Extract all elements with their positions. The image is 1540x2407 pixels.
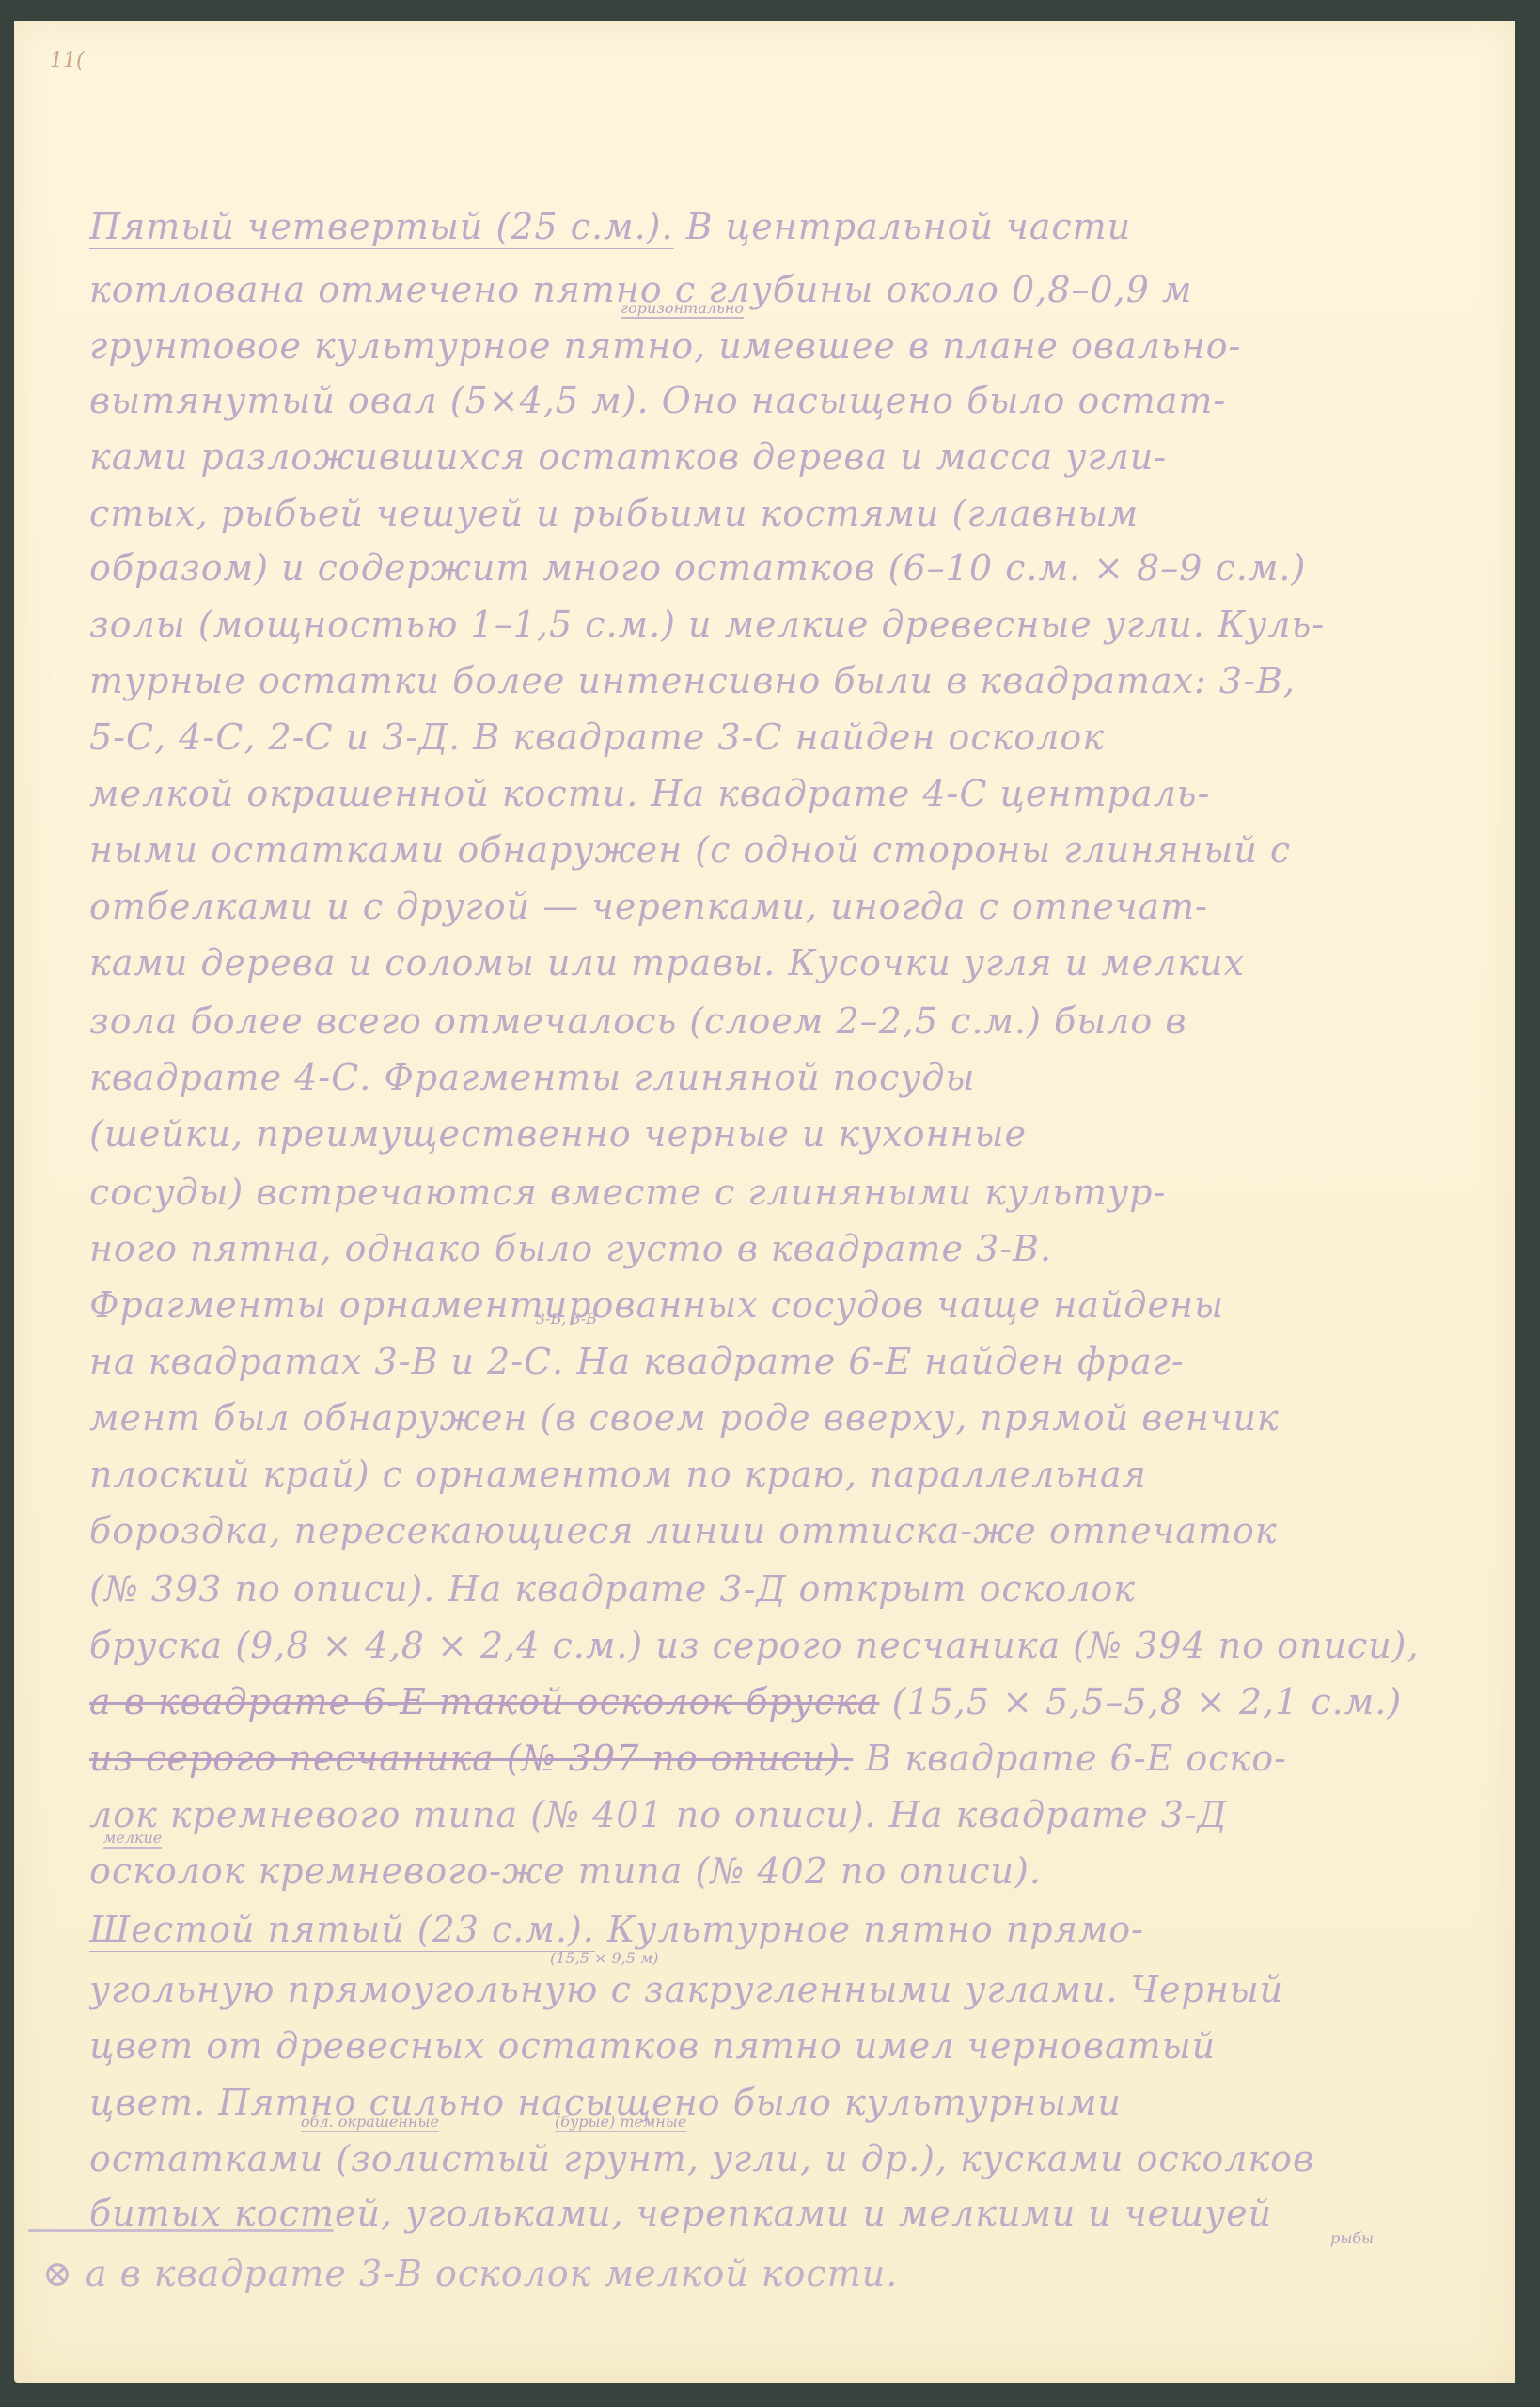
text-line: турные остатки более интенсивно были в к… (89, 658, 1500, 703)
text-line: образом) и содержит много остатков (6–10… (89, 545, 1500, 590)
text-line: ками дерева и соломы или травы. Кусочки … (89, 940, 1500, 985)
interlinear-note: (бурые) темные (555, 2114, 686, 2132)
interlinear-note: рыбы (1330, 2230, 1374, 2247)
footnote-separator (28, 2229, 334, 2232)
text-line: (шейки, преимущественно черные и кухонны… (89, 1111, 1500, 1156)
text-line: отбелками и с другой — черепками, иногда… (89, 884, 1500, 929)
line-text: Культурное пятно прямо- (607, 1909, 1144, 1950)
text-line: квадрате 4-С. Фрагменты глиняной посуды (89, 1055, 1500, 1100)
text-line: Шестой пятый (23 с.м.). Культурное пятно… (89, 1907, 1500, 1952)
text-line: плоский край) с орнаментом по краю, пара… (89, 1452, 1500, 1497)
text-line: ками разложившихся остатков дерева и мас… (89, 434, 1500, 480)
text-line: мент был обнаружен (в своем роде вверху,… (89, 1395, 1500, 1440)
line-text: В квадрате 6-Е оско- (865, 1738, 1287, 1779)
section-heading: Пятый четвертый (25 с.м.). (89, 206, 674, 247)
text-line: ного пятна, однако было густо в квадрате… (89, 1226, 1500, 1271)
text-line: ными остатками обнаружен (с одной сторон… (89, 827, 1500, 873)
text-line: грунтовое культурное пятно, имевшее в пл… (89, 323, 1500, 369)
line-text: (15,5 × 5,5–5,8 × 2,1 с.м.) (892, 1681, 1403, 1723)
text-line: Пятый четвертый (25 с.м.). В центральной… (89, 204, 1500, 249)
text-line: золы (мощностью 1–1,5 с.м.) и мелкие дре… (89, 602, 1500, 647)
text-line: осколок кремневого-же типа (№ 402 по опи… (89, 1849, 1500, 1894)
text-line-partially-struck: из серого песчаника (№ 397 по описи). В … (89, 1736, 1500, 1781)
text-line: мелкой окрашенной кости. На квадрате 4-С… (89, 771, 1500, 816)
footnote: ⊗ а в квадрате 3-В осколок мелкой кости. (42, 2251, 1453, 2296)
text-line: зола более всего отмечалось (слоем 2–2,5… (89, 999, 1500, 1044)
interlinear-note: мелкие (103, 1830, 162, 1849)
text-line: вытянутый овал (5×4,5 м). Оно насыщено б… (89, 378, 1500, 423)
text-line: стых, рыбьей чешуей и рыбьими костями (г… (89, 491, 1500, 536)
struck-text: а в квадрате 6-Е такой осколок бруска (89, 1681, 879, 1723)
text-line: сосуды) встречаются вместе с глиняными к… (89, 1170, 1500, 1215)
text-line: угольную прямоугольную с закругленными у… (89, 1967, 1500, 2012)
text-line-struck: а в квадрате 6-Е такой осколок бруска (1… (89, 1679, 1500, 1724)
text-line: лок кремневого типа (№ 401 по описи). На… (89, 1792, 1500, 1837)
text-line: 5-С, 4-С, 2-С и 3-Д. В квадрате 3-С найд… (89, 715, 1500, 760)
text-line: на квадратах 3-В и 2-С. На квадрате 6-Е … (89, 1339, 1500, 1384)
text-line: остатками (золистый грунт, угли, и др.),… (89, 2136, 1500, 2181)
interlinear-note: обл. окрашенные (301, 2114, 439, 2132)
text-line: цвет от древесных остатков пятно имел че… (89, 2023, 1500, 2069)
interlinear-note: 3-В, 3-В (536, 1311, 597, 1328)
interlinear-note: (15,5 × 9,5 м) (550, 1950, 658, 1967)
interlinear-note: горизонтально (621, 300, 744, 319)
section-heading: Шестой пятый (23 с.м.). (89, 1909, 595, 1950)
text-line: бороздка, пересекающиеся линии оттиска-ж… (89, 1508, 1500, 1553)
text-line: Фрагменты орнаментированных сосудов чаще… (89, 1282, 1500, 1328)
text-line: котлована отмечено пятно с глубины около… (89, 267, 1500, 312)
document-page: 11( Пятый четвертый (25 с.м.). В централ… (14, 21, 1515, 2383)
archive-page-mark: 11( (50, 49, 85, 72)
struck-text: из серого песчаника (№ 397 по описи). (89, 1738, 853, 1779)
line-text: В центральной части (686, 206, 1131, 247)
text-line: бруска (9,8 × 4,8 × 2,4 с.м.) из серого … (89, 1623, 1500, 1668)
text-line: (№ 393 по описи). На квадрате 3-Д открыт… (89, 1566, 1500, 1612)
